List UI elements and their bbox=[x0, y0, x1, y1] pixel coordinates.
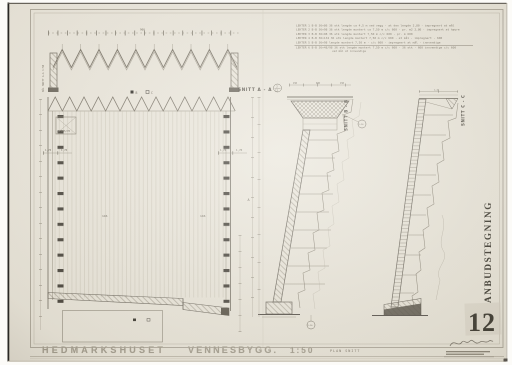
credit-line bbox=[446, 354, 484, 355]
sloped-wall-section bbox=[273, 130, 310, 302]
gutter-dim: 600 bbox=[316, 82, 321, 85]
marker-scale: 1:10 bbox=[307, 325, 313, 327]
section-a-label: SNITT A - A bbox=[238, 87, 272, 92]
cut-mark-c: C bbox=[151, 91, 153, 95]
plan-sawtooth-edge bbox=[48, 97, 235, 111]
roof-elevation: 900 MÅL SNITT A-A 1:50 bbox=[40, 28, 240, 93]
plan-dim: 1,70 bbox=[45, 148, 52, 152]
signature bbox=[450, 340, 493, 346]
gutter-section bbox=[291, 101, 349, 118]
section-c-label: SNITT C - C bbox=[461, 94, 466, 126]
roof-plan: 185/70 1,70 1,70 1,70 1,70 146 146 bbox=[41, 97, 248, 342]
left-end-post bbox=[50, 53, 57, 90]
plan-dim: 1,70 bbox=[236, 148, 243, 152]
plan-dim: 1,70 bbox=[220, 148, 227, 152]
content-label: PLAN SNITT bbox=[330, 349, 360, 353]
credit-line bbox=[446, 351, 490, 352]
drawing-sheet-photo: LEKTER 1 B-B 36×86 36 stk lengde ca 4,5 … bbox=[0, 0, 512, 365]
note-footnote: ved mål at innvendige bbox=[332, 48, 366, 53]
section-c-c: 2,45 SNITT C - C bbox=[372, 89, 466, 315]
section-a-a: SNITT A - A 2 12 150 600 150 bbox=[238, 82, 366, 329]
note-row: LEKTER 1 B-B 36×86 36 stk lengde ca 4,5 … bbox=[296, 22, 455, 27]
note-row: LEKTER 6 B-B 36×48/98 36 stk lengde mont… bbox=[296, 46, 456, 50]
title-strip: HEDMARKSHUSET VENNESBYGG. 1:50 PLAN SNIT… bbox=[30, 345, 504, 359]
eave-detail bbox=[446, 99, 458, 110]
sloped-wall-section-c bbox=[391, 99, 426, 307]
plan-dim: 1,70 bbox=[61, 148, 68, 152]
marker-scale: 1:10 bbox=[358, 124, 364, 126]
corner-box-dim: 185/70 bbox=[61, 129, 71, 133]
stamp-block: ANBUDSTEGNING 12 bbox=[464, 201, 501, 337]
plan-ramp-end bbox=[221, 308, 229, 316]
cut-marks: B C bbox=[131, 91, 154, 95]
plan-bay-dim: 146 bbox=[102, 214, 108, 218]
plan-left-columns bbox=[58, 115, 64, 303]
gutter-dim: 150 bbox=[340, 82, 345, 85]
gutter-dim: 150 bbox=[293, 82, 298, 85]
project-title: HEDMARKSHUSET bbox=[42, 345, 166, 355]
material-notes-block: LEKTER 1 B-B 36×86 36 stk lengde ca 4,5 … bbox=[295, 22, 474, 53]
drawing-canvas: LEKTER 1 B-B 36×86 36 stk lengde ca 4,5 … bbox=[0, 0, 512, 365]
axis-label-a: A bbox=[248, 198, 250, 202]
sheet-number: 12 bbox=[468, 308, 496, 337]
drawing-type-stamp: ANBUDSTEGNING bbox=[483, 201, 493, 303]
right-end-post bbox=[231, 53, 238, 90]
footing-section bbox=[266, 302, 292, 314]
cut-mark-b: B bbox=[136, 91, 138, 95]
building-title: VENNESBYGG. bbox=[188, 345, 278, 355]
elevation-side-note: MÅL SNITT A-A 1:50 bbox=[40, 64, 45, 92]
signature-block bbox=[444, 340, 494, 357]
note-row: LEKTER 4 B-B 36×134 36 stk lengde monter… bbox=[296, 35, 442, 40]
dim-total: 900 bbox=[140, 28, 145, 32]
terrace-outline bbox=[63, 311, 163, 343]
note-row: LEKTER 5 B-B 36×98 lengde montert 7,50 m… bbox=[296, 40, 441, 45]
plan-bay-dim: 146 bbox=[200, 214, 206, 218]
scale-label: 1:50 bbox=[290, 346, 314, 355]
c-top-dim: 2,45 bbox=[434, 89, 440, 91]
plan-decking-lines bbox=[53, 112, 226, 298]
plan-right-columns bbox=[224, 115, 230, 303]
left-post-base bbox=[48, 88, 59, 93]
